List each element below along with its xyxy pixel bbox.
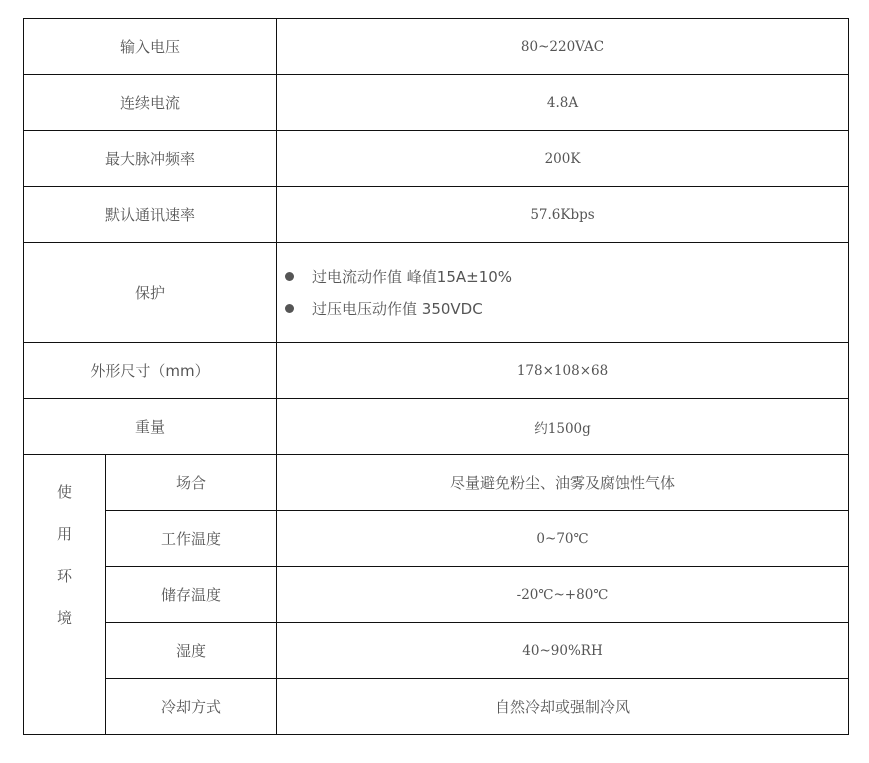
- bullet-icon: [285, 304, 294, 313]
- row-label: 储存温度: [106, 567, 277, 623]
- table-row: 使 用 环 境 场合 尽量避免粉尘、油雾及腐蚀性气体: [24, 455, 849, 511]
- list-item-text: 过压电压动作值 350VDC: [312, 298, 483, 319]
- table-row: 冷却方式 自然冷却或强制冷风: [24, 679, 849, 735]
- row-label: 湿度: [106, 623, 277, 679]
- row-value: 0~70℃: [277, 511, 849, 567]
- group-label-char: 境: [57, 597, 72, 639]
- spec-table: 输入电压 80~220VAC 连续电流 4.8A 最大脉冲频率 200K 默认通…: [23, 18, 849, 735]
- table-row: 工作温度 0~70℃: [24, 511, 849, 567]
- protection-row: 保护 过电流动作值 峰值15A±10% 过压电压动作值 350VDC: [24, 243, 849, 343]
- protection-list: 过电流动作值 峰值15A±10% 过压电压动作值 350VDC: [277, 243, 849, 343]
- bullet-icon: [285, 272, 294, 281]
- table-row: 默认通讯速率 57.6Kbps: [24, 187, 849, 243]
- row-value: 200K: [277, 131, 849, 187]
- row-value: 178×108×68: [277, 343, 849, 399]
- row-value: 4.8A: [277, 75, 849, 131]
- list-item: 过电流动作值 峰值15A±10%: [285, 266, 848, 288]
- table-row: 输入电压 80~220VAC: [24, 19, 849, 75]
- row-label: 连续电流: [24, 75, 277, 131]
- row-label: 最大脉冲频率: [24, 131, 277, 187]
- row-label: 场合: [106, 455, 277, 511]
- table-row: 重量 约1500g: [24, 399, 849, 455]
- row-label: 默认通讯速率: [24, 187, 277, 243]
- table-row: 湿度 40~90%RH: [24, 623, 849, 679]
- row-label: 工作温度: [106, 511, 277, 567]
- row-value: 57.6Kbps: [277, 187, 849, 243]
- row-label: 外形尺寸（mm）: [24, 343, 277, 399]
- group-label-char: 使: [57, 471, 72, 513]
- row-value: 约1500g: [277, 399, 849, 455]
- row-label: 保护: [24, 243, 277, 343]
- group-label-char: 用: [57, 513, 72, 555]
- row-value: 40~90%RH: [277, 623, 849, 679]
- row-value: 自然冷却或强制冷风: [277, 679, 849, 735]
- row-label: 输入电压: [24, 19, 277, 75]
- table-row: 储存温度 -20℃~+80℃: [24, 567, 849, 623]
- row-value: 尽量避免粉尘、油雾及腐蚀性气体: [277, 455, 849, 511]
- row-value: -20℃~+80℃: [277, 567, 849, 623]
- environment-group-label: 使 用 环 境: [24, 455, 106, 735]
- list-item-text: 过电流动作值 峰值15A±10%: [312, 266, 512, 287]
- row-value: 80~220VAC: [277, 19, 849, 75]
- row-label: 冷却方式: [106, 679, 277, 735]
- row-label: 重量: [24, 399, 277, 455]
- table-row: 外形尺寸（mm） 178×108×68: [24, 343, 849, 399]
- table-row: 最大脉冲频率 200K: [24, 131, 849, 187]
- table-row: 连续电流 4.8A: [24, 75, 849, 131]
- list-item: 过压电压动作值 350VDC: [285, 298, 848, 320]
- group-label-char: 环: [57, 555, 72, 597]
